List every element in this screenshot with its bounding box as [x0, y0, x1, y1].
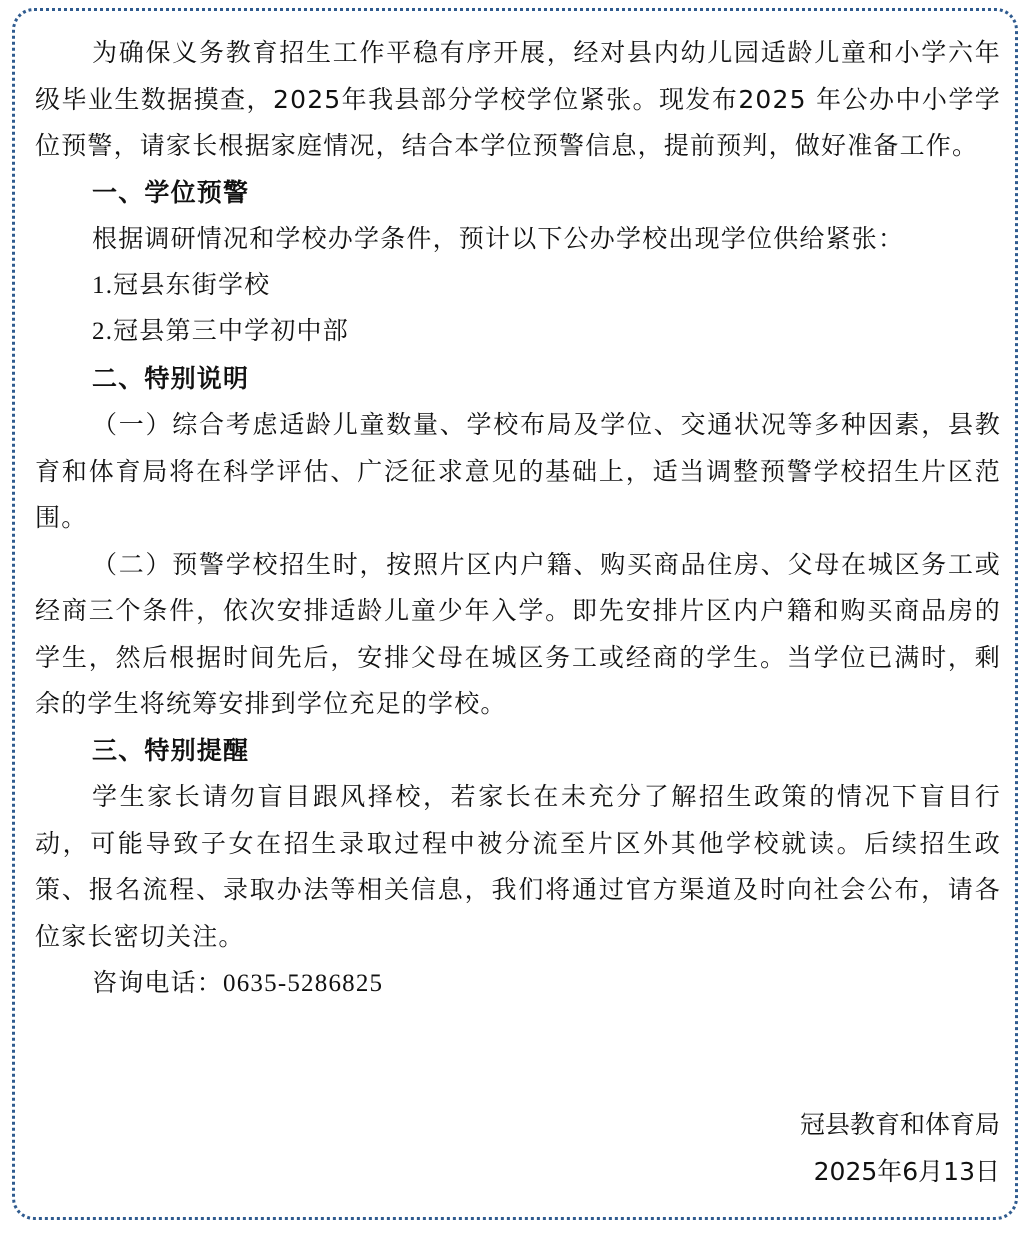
intro-paragraph: 为确保义务教育招生工作平稳有序开展，经对县内幼儿园适龄儿童和小学六年级毕业生数据…: [35, 30, 1001, 170]
notes-paragraph: （一）综合考虑适龄儿童数量、学校布局及学位、交通状况等多种因素，县教育和体育局将…: [35, 402, 1001, 542]
school-item: 1.冠县东街学校: [35, 263, 1001, 310]
signature-date: 2025年6月13日: [814, 1152, 1000, 1188]
warning-paragraph: 根据调研情况和学校办学条件，预计以下公办学校出现学位供给紧张：: [35, 216, 1001, 263]
contact-line: 咨询电话：0635-5286825: [35, 960, 1001, 1008]
signature-org: 冠县教育和体育局: [800, 1105, 1000, 1141]
contact-label: 咨询电话：: [92, 968, 223, 997]
reminder-paragraph: 学生家长请勿盲目跟风择校，若家长在未充分了解招生政策的情况下盲目行动，可能导致子…: [35, 774, 1001, 960]
section-heading-reminder: 三、特别提醒: [35, 728, 1001, 775]
notice-body: 为确保义务教育招生工作平稳有序开展，经对县内幼儿园适龄儿童和小学六年级毕业生数据…: [35, 30, 1001, 1008]
contact-phone: 0635-5286825: [223, 970, 383, 997]
section-heading-notes: 二、特别说明: [35, 356, 1001, 403]
school-item: 2.冠县第三中学初中部: [35, 309, 1001, 356]
section-heading-warning: 一、学位预警: [35, 170, 1001, 217]
notes-paragraph: （二）预警学校招生时，按照片区内户籍、购买商品住房、父母在城区务工或经商三个条件…: [35, 542, 1001, 728]
